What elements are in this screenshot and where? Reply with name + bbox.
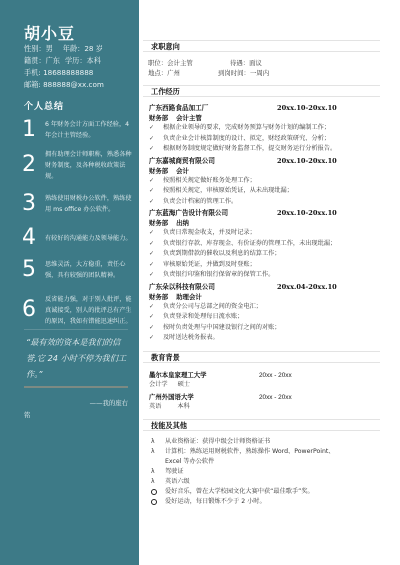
duty-text: 负责银行存款、库存现金、有价证券的管理工作，未出现纰漏； [163, 239, 336, 250]
hobby-item: 爱好运动，每日锻炼不少于 2 小时。 [151, 497, 383, 507]
education-entry: 墨尔本皇家理工大学 20xx - 20xx 会计学硕士 [149, 371, 381, 389]
job-role: 财务部出纳 [149, 218, 381, 228]
job-date: 20xx.04-20xx.10 [277, 282, 337, 292]
job-duties: ✓根据企业领导的要求，完成财务预算与财务计划的编制工作； ✓负责企业会计核算制度… [149, 123, 381, 155]
summary-text: 有较好的沟通能力及领导能力。 [42, 233, 132, 244]
education-date: 20xx - 20xx [259, 393, 292, 402]
job-dept: 财务部 [149, 219, 168, 227]
summary-text: 反省能力强，对于别人批评，能真诚接受，别人的批评总有产生的原因，我如有错能迅速纠… [42, 294, 132, 327]
summary-item: 2 拥有助理会计师职称，熟悉各种财务制度，及各种税收政策法规。 [22, 145, 132, 185]
candidate-name: 胡小豆 [24, 21, 75, 44]
job-company: 广东蓝海广告设计有限公司 [149, 208, 277, 218]
main-content: 求职意向 职位：会计主管 待遇：面议 地点：广州 到岗时间：一周内 工作经历 广… [143, 0, 383, 565]
check-icon: ✓ [149, 228, 163, 239]
section-header-skills: 技能及其他 [143, 419, 380, 431]
job-dept: 财务部 [149, 114, 168, 122]
job-company: 广东西路食品加工厂 [149, 103, 277, 113]
duty-item: ✓按照相关规定，审核原始凭证，从未出现纰漏； [149, 186, 381, 197]
intent-location: 地点：广州 [148, 68, 218, 78]
major: 英语 [149, 403, 161, 410]
summary-list: 1 6 年财务会计方面工作经验，4 年会计主管经验。 2 拥有助理会计师职称，熟… [22, 115, 132, 333]
duty-text: 负责登录和处理每日流水账； [163, 312, 243, 323]
gender: 性别：男 [24, 44, 53, 53]
skill-text: Excel 等办公软件 [165, 457, 214, 467]
hobby-text: 爱好运动，每日锻炼不少于 2 小时。 [165, 497, 266, 507]
summary-number: 6 [22, 299, 42, 321]
job-company: 广东朵以科技有限公司 [149, 282, 277, 292]
education-header: 墨尔本皇家理工大学 20xx - 20xx [149, 371, 381, 380]
summary-text: 熟练使用财税办公软件，熟练使用 ms office 办公软件。 [42, 193, 132, 215]
duty-item: ✓负责银行存款、库存现金、有价证券的管理工作，未出现纰漏； [149, 239, 381, 250]
duty-item: ✓及时送达税务报表。 [149, 333, 381, 344]
section-title: 工作经历 [151, 86, 180, 97]
summary-item: 4 有较好的沟通能力及领导能力。 [22, 223, 132, 253]
duty-text: 审核原始凭证，并做到及时登账； [163, 260, 256, 271]
duty-item: ✓负责企业会计核算制度的设计、拟定，财经政策研究、分析； [149, 134, 381, 145]
duty-item: ✓按时负责处理与中国建设银行之间的对账； [149, 323, 381, 334]
hobby-text: 爱好音乐，曾在大学校园文化大赛中获“最佳歌手”奖。 [165, 487, 314, 497]
skill-text: 英语六级 [165, 477, 190, 487]
duty-text: 按照相关规定，审核原始凭证，从未出现纰漏； [163, 186, 293, 197]
skill-text: 计算机：熟练运用财税软件，熟练操作 Word、PowerPoint、 [165, 447, 335, 457]
summary-number: 4 [22, 227, 42, 249]
skill-item: λ英语六级 [151, 477, 383, 487]
job-dept: 财务部 [149, 167, 168, 175]
summary-item: 1 6 年财务会计方面工作经验，4 年会计主管经验。 [22, 115, 132, 145]
section-title: 求职意向 [151, 41, 180, 52]
motto: “最有效的资本是我们的信誉,它 24 小时不停为我们工作。” ——我的座右 铭 [24, 329, 128, 421]
phone: 手机: 18688888888 [24, 67, 136, 79]
job-intent: 职位：会计主管 待遇：面议 地点：广州 到岗时间：一周内 [148, 58, 269, 78]
job-title: 会计主管 [176, 114, 202, 122]
check-icon: ✓ [149, 260, 163, 271]
job-title: 会计 [176, 167, 189, 175]
spacer [151, 457, 165, 467]
summary-item: 6 反省能力强，对于别人批评，能真诚接受，别人的批评总有产生的原因，我如有错能迅… [22, 287, 132, 333]
duty-text: 按照相关规定做好账务处理工作； [163, 176, 256, 187]
summary-number: 2 [22, 154, 42, 176]
job-title: 助理会计 [176, 293, 202, 301]
section-header-education: 教育背景 [143, 351, 380, 363]
job-dept: 财务部 [149, 293, 168, 301]
skill-text: 驾驶证 [165, 467, 184, 477]
job-date: 20xx.10-20xx.10 [277, 103, 337, 113]
skill-item: λ计算机：熟练运用财税软件，熟练操作 Word、PowerPoint、 [151, 447, 383, 457]
job-duties: ✓负责分公司与总部之间的资金电汇； ✓负责登录和处理每日流水账； ✓按时负责处理… [149, 302, 381, 344]
check-icon: ✓ [149, 302, 163, 313]
section-title: 技能及其他 [151, 420, 187, 431]
duty-item: ✓负责登录和处理每日流水账； [149, 312, 381, 323]
summary-number: 5 [22, 259, 42, 281]
duty-item: ✓负责银行印鉴和银行保留章的保管工作。 [149, 270, 381, 281]
duty-text: 负责银行印鉴和银行保留章的保管工作。 [163, 270, 274, 281]
intent-row: 地点：广州 到岗时间：一周内 [148, 68, 269, 78]
major: 会计学 [149, 381, 168, 388]
summary-title: 个人总结 [24, 99, 64, 112]
job-duties: ✓按照相关规定做好账务处理工作； ✓按照相关规定，审核原始凭证，从未出现纰漏； … [149, 176, 381, 208]
school-name: 广州外国语大学 [149, 393, 259, 402]
job-role: 财务部会计 [149, 166, 381, 176]
duty-item: ✓负责日常现金收支，并及时记录； [149, 228, 381, 239]
intent-row: 职位：会计主管 待遇：面议 [148, 58, 269, 68]
job-entry: 广东朵以科技有限公司 20xx.04-20xx.10 财务部助理会计 ✓负责分公… [149, 282, 381, 344]
check-icon: ✓ [149, 239, 163, 250]
duty-item: ✓根据财务制度规定做好财务监督工作，提交财务运行分析报告。 [149, 144, 381, 155]
job-header: 广东朵以科技有限公司 20xx.04-20xx.10 [149, 282, 381, 292]
skills-list: λ从业资格证：获得中级会计师资格证书 λ计算机：熟练运用财税软件，熟练操作 Wo… [151, 437, 383, 507]
duty-item: ✓审核原始凭证，并做到及时登账； [149, 260, 381, 271]
personal-info: 性别：男年龄：28 岁 籍贯：广东学历：本科 手机: 18688888888 邮… [24, 43, 136, 91]
summary-text: 6 年财务会计方面工作经验，4 年会计主管经验。 [42, 119, 132, 141]
check-icon: ✓ [149, 312, 163, 323]
email: 邮箱: 888888@xx.com [24, 79, 136, 91]
motto-quote: “最有效的资本是我们的信誉,它 24 小时不停为我们工作。” [24, 330, 128, 386]
summary-number: 1 [22, 119, 42, 141]
info-row-gender-age: 性别：男年龄：28 岁 [24, 43, 136, 55]
job-title: 出纳 [176, 219, 189, 227]
intent-position: 职位：会计主管 [148, 58, 218, 68]
check-icon: ✓ [149, 270, 163, 281]
job-role: 财务部会计主管 [149, 113, 381, 123]
intent-arrival: 到岗时间：一周内 [218, 68, 269, 78]
divider [24, 386, 128, 388]
job-company: 广东嘉城商贸有限公司 [149, 156, 277, 166]
check-icon: ✓ [149, 134, 163, 145]
check-icon: ✓ [149, 176, 163, 187]
job-duties: ✓负责日常现金收支，并及时记录； ✓负责银行存款、库存现金、有价证券的管理工作，… [149, 228, 381, 281]
duty-item: ✓负责分公司与总部之间的资金电汇； [149, 302, 381, 313]
duty-item: ✓根据企业领导的要求，完成财务预算与财务计划的编制工作； [149, 123, 381, 134]
skill-item: λ从业资格证：获得中级会计师资格证书 [151, 437, 383, 447]
skill-item-continued: Excel 等办公软件 [151, 457, 383, 467]
education-list: 墨尔本皇家理工大学 20xx - 20xx 会计学硕士 广州外国语大学 20xx… [149, 371, 381, 415]
duty-text: 按时负责处理与中国建设银行之间的对账； [163, 323, 281, 334]
lambda-bullet-icon: λ [151, 477, 165, 487]
summary-text: 拥有助理会计师职称，熟悉各种财务制度，及各种税收政策法规。 [42, 149, 132, 182]
summary-item: 5 思维灵活，大方稳重，责任心强，具有较强的团队精神。 [22, 253, 132, 287]
motto-signature-line1: ——我的座右 [24, 397, 128, 409]
education-entry: 广州外国语大学 20xx - 20xx 英语本科 [149, 393, 381, 411]
lambda-bullet-icon: λ [151, 467, 165, 477]
motto-signature: ——我的座右 铭 [24, 397, 128, 421]
check-icon: ✓ [149, 333, 163, 344]
degree: 硕士 [178, 381, 190, 388]
info-row-origin-education: 籍贯：广东学历：本科 [24, 55, 136, 67]
education-detail: 英语本科 [149, 402, 381, 411]
circle-bullet-icon [151, 489, 157, 495]
job-date: 20xx.10-20xx.10 [277, 156, 337, 166]
section-header-intent: 求职意向 [143, 40, 380, 52]
check-icon: ✓ [149, 197, 163, 208]
check-icon: ✓ [149, 144, 163, 155]
lambda-bullet-icon: λ [151, 447, 165, 457]
duty-text: 负责日常现金收支，并及时记录； [163, 228, 256, 239]
job-entry: 广东嘉城商贸有限公司 20xx.10-20xx.10 财务部会计 ✓按照相关规定… [149, 156, 381, 208]
section-header-work: 工作经历 [143, 85, 380, 97]
motto-signature-line2: 铭 [24, 411, 30, 419]
circle-bullet-icon [151, 499, 157, 505]
lambda-bullet-icon: λ [151, 437, 165, 447]
skill-text: 从业资格证：获得中级会计师资格证书 [165, 437, 270, 447]
duty-text: 负责企业会计核算制度的设计、拟定，财经政策研究、分析； [163, 134, 330, 145]
work-experience-list: 广东西路食品加工厂 20xx.10-20xx.10 财务部会计主管 ✓根据企业领… [149, 103, 381, 345]
school-name: 墨尔本皇家理工大学 [149, 371, 259, 380]
check-icon: ✓ [149, 186, 163, 197]
hobby-item: 爱好音乐，曾在大学校园文化大赛中获“最佳歌手”奖。 [151, 487, 383, 497]
check-icon: ✓ [149, 323, 163, 334]
duty-item: ✓负责到期借款的催收以及利息的结算工作； [149, 249, 381, 260]
duty-item: ✓负责会计档案的管理工作。 [149, 197, 381, 208]
summary-number: 3 [22, 193, 42, 215]
education-level: 学历：本科 [65, 56, 101, 65]
job-entry: 广东西路食品加工厂 20xx.10-20xx.10 财务部会计主管 ✓根据企业领… [149, 103, 381, 155]
summary-text: 思维灵活，大方稳重，责任心强，具有较强的团队精神。 [42, 259, 132, 281]
age: 年龄：28 岁 [63, 44, 103, 53]
duty-item: ✓按照相关规定做好账务处理工作； [149, 176, 381, 187]
check-icon: ✓ [149, 123, 163, 134]
skill-item: λ驾驶证 [151, 467, 383, 477]
summary-item: 3 熟练使用财税办公软件，熟练使用 ms office 办公软件。 [22, 185, 132, 223]
job-header: 广东西路食品加工厂 20xx.10-20xx.10 [149, 103, 381, 113]
education-date: 20xx - 20xx [259, 371, 292, 380]
check-icon: ✓ [149, 249, 163, 260]
duty-text: 根据企业领导的要求，完成财务预算与财务计划的编制工作； [163, 123, 330, 134]
duty-text: 负责到期借款的催收以及利息的结算工作； [163, 249, 281, 260]
job-date: 20xx.10-20xx.10 [277, 208, 337, 218]
section-title: 教育背景 [151, 352, 180, 363]
education-detail: 会计学硕士 [149, 380, 381, 389]
intent-salary: 待遇：面议 [218, 58, 262, 68]
education-header: 广州外国语大学 20xx - 20xx [149, 393, 381, 402]
job-role: 财务部助理会计 [149, 292, 381, 302]
origin: 籍贯：广东 [24, 56, 60, 65]
degree: 本科 [177, 403, 189, 410]
duty-text: 根据财务制度规定做好财务监督工作，提交财务运行分析报告。 [163, 144, 336, 155]
sidebar: 胡小豆 性别：男年龄：28 岁 籍贯：广东学历：本科 手机: 186888888… [0, 0, 139, 565]
job-header: 广东嘉城商贸有限公司 20xx.10-20xx.10 [149, 156, 381, 166]
duty-text: 负责分公司与总部之间的资金电汇； [163, 302, 262, 313]
job-entry: 广东蓝海广告设计有限公司 20xx.10-20xx.10 财务部出纳 ✓负责日常… [149, 208, 381, 281]
job-header: 广东蓝海广告设计有限公司 20xx.10-20xx.10 [149, 208, 381, 218]
duty-text: 及时送达税务报表。 [163, 333, 219, 344]
duty-text: 负责会计档案的管理工作。 [163, 197, 237, 208]
